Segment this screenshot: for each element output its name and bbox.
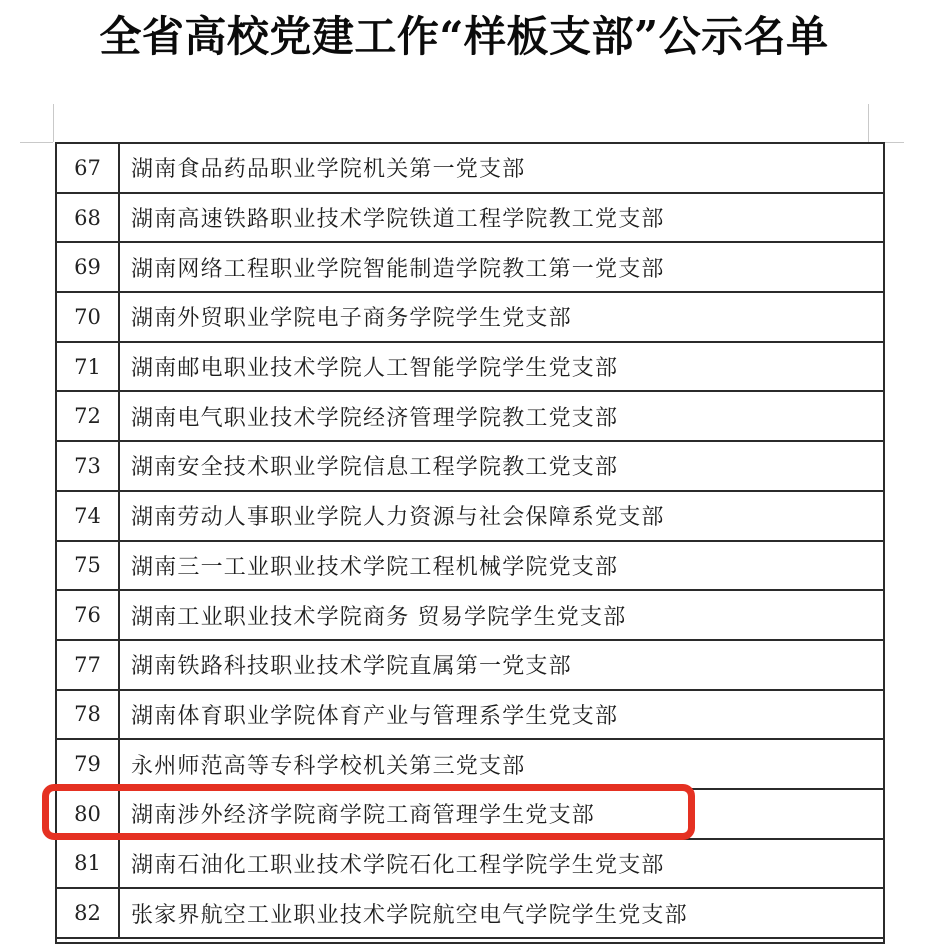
margin-mark-right-horizontal [885, 142, 904, 143]
table-row: 68 湖南高速铁路职业技术学院铁道工程学院教工党支部 [57, 194, 883, 244]
margin-mark-right-vertical [868, 104, 869, 142]
branch-name-cell: 湖南高速铁路职业技术学院铁道工程学院教工党支部 [120, 194, 883, 242]
page-title: 全省高校党建工作“样板支部”公示名单 [0, 4, 928, 64]
row-number-cell: 70 [57, 293, 120, 341]
branch-name-cell: 湖南外贸职业学院电子商务学院学生党支部 [120, 293, 883, 341]
branch-name-cell: 湖南三一工业职业技术学院工程机械学院党支部 [120, 542, 883, 590]
row-number-cell: 77 [57, 641, 120, 689]
branch-name-cell: 湖南铁路科技职业技术学院直属第一党支部 [120, 641, 883, 689]
table-row: 75 湖南三一工业职业技术学院工程机械学院党支部 [57, 542, 883, 592]
row-number-cell: 69 [57, 243, 120, 291]
margin-mark-left-horizontal [20, 142, 53, 143]
table-row: 82 张家界航空工业职业技术学院航空电气学院学生党支部 [57, 889, 883, 939]
branch-name-cell: 湖南电气职业技术学院经济管理学院教工党支部 [120, 392, 883, 440]
branch-name-cell: 湖南石油化工职业技术学院石化工程学院学生党支部 [120, 840, 883, 888]
table-row: 81 湖南石油化工职业技术学院石化工程学院学生党支部 [57, 840, 883, 890]
row-number-cell: 74 [57, 492, 120, 540]
row-number-cell: 72 [57, 392, 120, 440]
branch-name-cell: 湖南涉外经济学院商学院工商管理学生党支部 [120, 790, 883, 838]
table-row: 72 湖南电气职业技术学院经济管理学院教工党支部 [57, 392, 883, 442]
row-number-cell: 68 [57, 194, 120, 242]
table-row: 79 永州师范高等专科学校机关第三党支部 [57, 740, 883, 790]
branch-name-cell: 湖南邮电职业技术学院人工智能学院学生党支部 [120, 343, 883, 391]
table-row: 70 湖南外贸职业学院电子商务学院学生党支部 [57, 293, 883, 343]
table-row: 67 湖南食品药品职业学院机关第一党支部 [57, 144, 883, 194]
row-number-cell: 71 [57, 343, 120, 391]
margin-mark-left-vertical [53, 104, 54, 142]
row-number-cell: 78 [57, 691, 120, 739]
branch-name-cell: 永州师范高等专科学校机关第三党支部 [120, 740, 883, 788]
table-row: 71 湖南邮电职业技术学院人工智能学院学生党支部 [57, 343, 883, 393]
partial-next-row [57, 939, 883, 944]
table-row: 77 湖南铁路科技职业技术学院直属第一党支部 [57, 641, 883, 691]
row-number-cell: 67 [57, 144, 120, 192]
branch-list-table: 67 湖南食品药品职业学院机关第一党支部 68 湖南高速铁路职业技术学院铁道工程… [55, 142, 885, 944]
row-number-cell: 79 [57, 740, 120, 788]
table-row: 69 湖南网络工程职业学院智能制造学院教工第一党支部 [57, 243, 883, 293]
row-number-cell: 80 [57, 790, 120, 838]
table-row: 73 湖南安全技术职业学院信息工程学院教工党支部 [57, 442, 883, 492]
table-row: 78 湖南体育职业学院体育产业与管理系学生党支部 [57, 691, 883, 741]
branch-name-cell: 张家界航空工业职业技术学院航空电气学院学生党支部 [120, 889, 883, 937]
branch-name-cell: 湖南网络工程职业学院智能制造学院教工第一党支部 [120, 243, 883, 291]
row-number-cell: 81 [57, 840, 120, 888]
table-row: 80 湖南涉外经济学院商学院工商管理学生党支部 [57, 790, 883, 840]
branch-name-cell: 湖南劳动人事职业学院人力资源与社会保障系党支部 [120, 492, 883, 540]
row-number-cell: 76 [57, 591, 120, 639]
row-number-cell: 73 [57, 442, 120, 490]
branch-name-cell: 湖南安全技术职业学院信息工程学院教工党支部 [120, 442, 883, 490]
document-page: 全省高校党建工作“样板支部”公示名单 67 湖南食品药品职业学院机关第一党支部 … [0, 0, 928, 944]
row-number-cell: 82 [57, 889, 120, 937]
branch-name-cell: 湖南体育职业学院体育产业与管理系学生党支部 [120, 691, 883, 739]
branch-name-cell: 湖南工业职业技术学院商务 贸易学院学生党支部 [120, 591, 883, 639]
table-row: 74 湖南劳动人事职业学院人力资源与社会保障系党支部 [57, 492, 883, 542]
branch-name-cell: 湖南食品药品职业学院机关第一党支部 [120, 144, 883, 192]
table-row: 76 湖南工业职业技术学院商务 贸易学院学生党支部 [57, 591, 883, 641]
row-number-cell: 75 [57, 542, 120, 590]
